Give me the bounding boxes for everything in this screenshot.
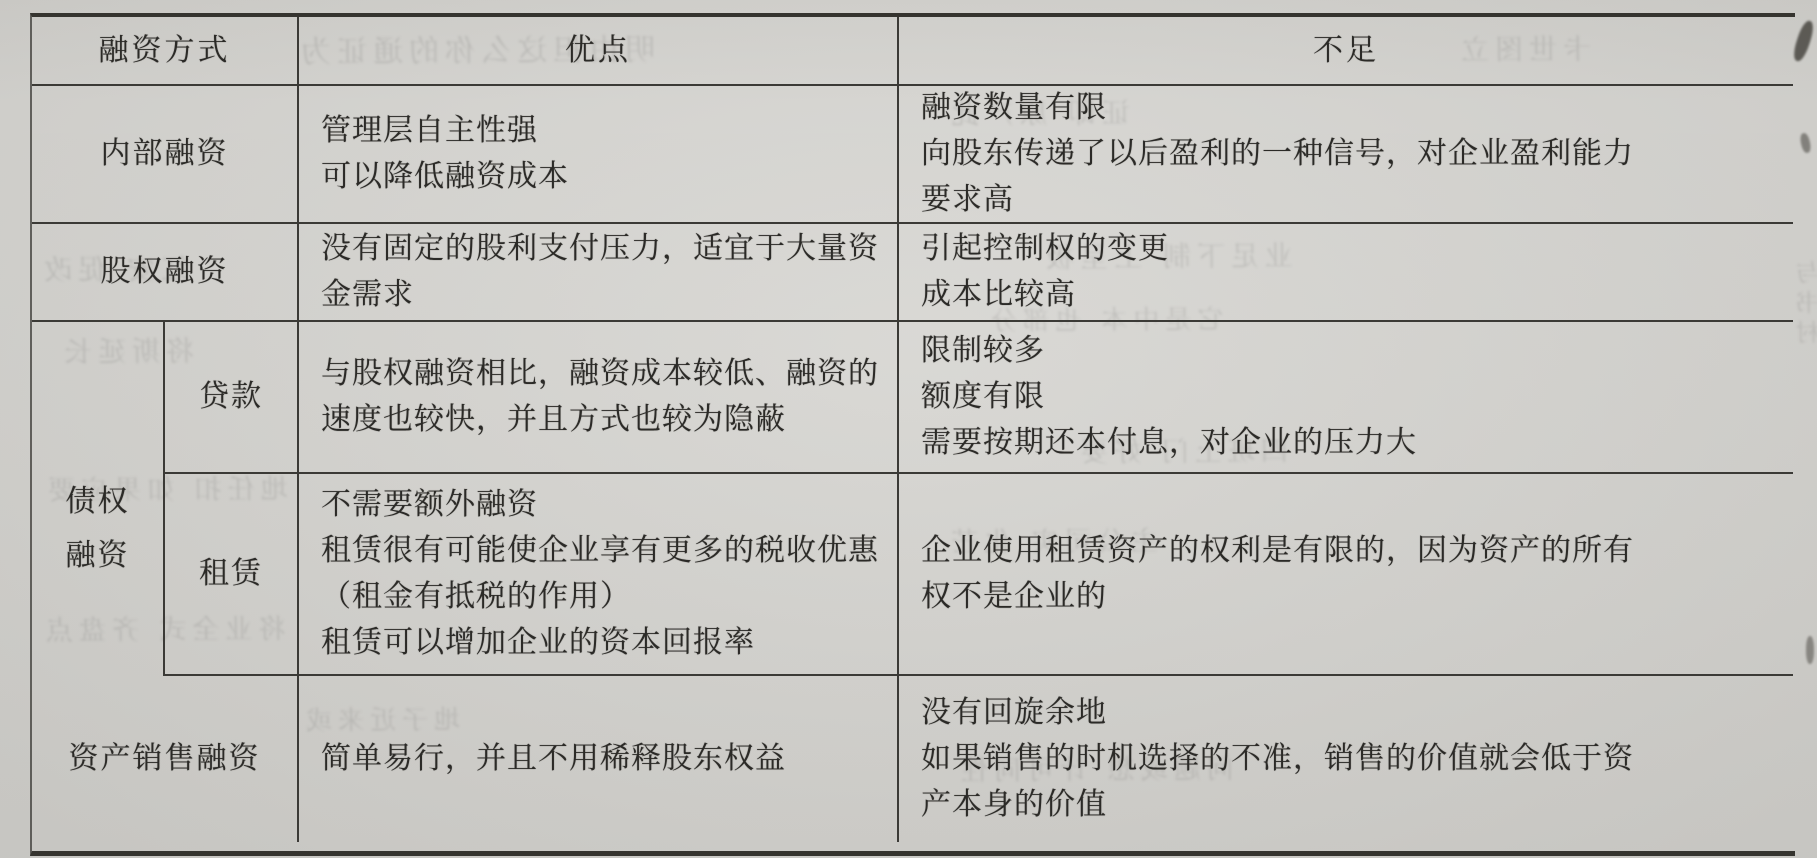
row-lease-label: 租赁 (165, 474, 299, 676)
scanned-document-page: { "page": { "background_color": "#d7d6d2… (0, 0, 1817, 858)
row-internal-financing-disadvantages: 融资数量有限 向股东传递了以后盈利的一种信号，对企业盈利能力 要求高 (899, 86, 1793, 224)
row-equity-financing-advantages: 没有固定的股利支付压力，适宜于大量资 金需求 (299, 224, 899, 322)
row-asset-sale-financing-label: 资产销售融资 (32, 676, 299, 842)
header-advantages: 优点 (299, 17, 899, 86)
scan-edge-smudge (1806, 636, 1814, 664)
row-equity-financing-label: 股权融资 (32, 224, 299, 322)
scan-edge-smudge (1799, 132, 1812, 153)
financing-methods-table: 融资方式 优点 不足 内部融资 管理层自主性强 可以降低融资成本 融资数量有限 … (30, 13, 1795, 856)
group-debt-financing-label: 债权 融资 (32, 322, 165, 676)
row-asset-sale-financing-disadvantages: 没有回旋余地 如果销售的时机选择的不准，销售的价值就会低于资 产本身的价值 (899, 676, 1793, 842)
header-financing-method: 融资方式 (32, 17, 299, 86)
row-lease-advantages: 不需要额外融资 租赁很有可能使企业享有更多的税收优惠 （租金有抵税的作用） 租赁… (299, 474, 899, 676)
row-loan-advantages: 与股权融资相比，融资成本较低、融资的 速度也较快，并且方式也较为隐蔽 (299, 322, 899, 474)
header-disadvantages: 不足 (899, 17, 1793, 86)
row-loan-label: 贷款 (165, 322, 299, 474)
row-loan-disadvantages: 限制较多 额度有限 需要按期还本付息，对企业的压力大 (899, 322, 1793, 474)
row-equity-financing-disadvantages: 引起控制权的变更 成本比较高 (899, 224, 1793, 322)
row-internal-financing-advantages: 管理层自主性强 可以降低融资成本 (299, 86, 899, 224)
row-internal-financing-label: 内部融资 (32, 86, 299, 224)
bleed-through-text: 与书村 (1792, 260, 1817, 350)
row-asset-sale-financing-advantages: 简单易行，并且不用稀释股东权益 (299, 676, 899, 842)
row-lease-disadvantages: 企业使用租赁资产的权利是有限的，因为资产的所有 权不是企业的 (899, 474, 1793, 676)
